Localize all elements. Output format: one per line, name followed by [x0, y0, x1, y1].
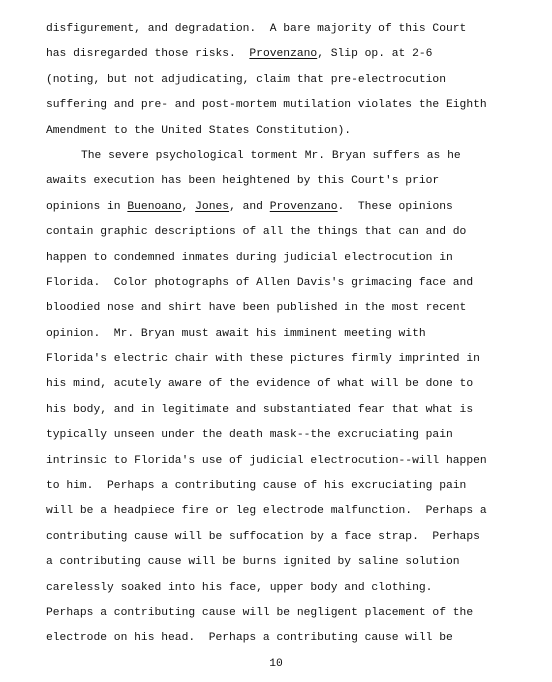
- text-segment: contributing cause will be suffocation b…: [46, 531, 480, 543]
- text-line: a contributing cause will be burns ignit…: [46, 555, 546, 580]
- text-line: The severe psychological torment Mr. Bry…: [46, 149, 546, 174]
- text-line: intrinsic to Florida's use of judicial e…: [46, 454, 546, 479]
- text-segment: bloodied nose and shirt have been publis…: [46, 302, 466, 314]
- text-segment: . These opinions: [338, 201, 453, 213]
- text-line: contributing cause will be suffocation b…: [46, 530, 546, 555]
- text-line: typically unseen under the death mask--t…: [46, 428, 546, 453]
- text-segment: typically unseen under the death mask--t…: [46, 429, 453, 441]
- text-line: Florida's electric chair with these pict…: [46, 352, 546, 377]
- document-body: disfigurement, and degradation. A bare m…: [46, 22, 546, 657]
- case-citation: Jones: [195, 201, 229, 213]
- text-segment: to him. Perhaps a contributing cause of …: [46, 480, 466, 492]
- text-segment: Florida's electric chair with these pict…: [46, 353, 480, 365]
- text-segment: electrode on his head. Perhaps a contrib…: [46, 632, 453, 644]
- text-segment: , Slip op. at 2-6: [317, 48, 432, 60]
- text-segment: , and: [229, 201, 270, 213]
- text-line: happen to condemned inmates during judic…: [46, 251, 546, 276]
- text-line: suffering and pre- and post-mortem mutil…: [46, 98, 546, 123]
- case-citation: Buenoano: [127, 201, 181, 213]
- text-line: has disregarded those risks. Provenzano,…: [46, 47, 546, 72]
- text-line: Amendment to the United States Constitut…: [46, 124, 546, 149]
- text-line: contain graphic descriptions of all the …: [46, 225, 546, 250]
- text-segment: The severe psychological torment Mr. Bry…: [81, 150, 461, 162]
- text-segment: ,: [182, 201, 196, 213]
- case-citation: Provenzano: [270, 201, 338, 213]
- text-segment: a contributing cause will be burns ignit…: [46, 556, 460, 568]
- text-segment: contain graphic descriptions of all the …: [46, 226, 466, 238]
- text-segment: disfigurement, and degradation. A bare m…: [46, 23, 466, 35]
- text-segment: opinion. Mr. Bryan must await his immine…: [46, 328, 426, 340]
- text-line: to him. Perhaps a contributing cause of …: [46, 479, 546, 504]
- text-line: opinions in Buenoano, Jones, and Provenz…: [46, 200, 546, 225]
- text-line: his mind, acutely aware of the evidence …: [46, 377, 546, 402]
- text-line: electrode on his head. Perhaps a contrib…: [46, 631, 546, 656]
- text-segment: has disregarded those risks.: [46, 48, 249, 60]
- text-segment: Florida. Color photographs of Allen Davi…: [46, 277, 473, 289]
- text-line: will be a headpiece fire or leg electrod…: [46, 504, 546, 529]
- text-line: opinion. Mr. Bryan must await his immine…: [46, 327, 546, 352]
- text-line: awaits execution has been heightened by …: [46, 174, 546, 199]
- text-line: Florida. Color photographs of Allen Davi…: [46, 276, 546, 301]
- text-line: his body, and in legitimate and substant…: [46, 403, 546, 428]
- page-number: 10: [0, 658, 552, 670]
- text-segment: his body, and in legitimate and substant…: [46, 404, 473, 416]
- text-segment: suffering and pre- and post-mortem mutil…: [46, 99, 487, 111]
- text-line: (noting, but not adjudicating, claim tha…: [46, 73, 546, 98]
- text-segment: Perhaps a contributing cause will be neg…: [46, 607, 473, 619]
- text-segment: intrinsic to Florida's use of judicial e…: [46, 455, 487, 467]
- text-segment: Amendment to the United States Constitut…: [46, 125, 351, 137]
- text-segment: his mind, acutely aware of the evidence …: [46, 378, 473, 390]
- text-segment: awaits execution has been heightened by …: [46, 175, 439, 187]
- text-segment: will be a headpiece fire or leg electrod…: [46, 505, 487, 517]
- case-citation: Provenzano: [249, 48, 317, 60]
- text-segment: opinions in: [46, 201, 127, 213]
- text-segment: carelessly soaked into his face, upper b…: [46, 582, 432, 594]
- text-line: carelessly soaked into his face, upper b…: [46, 581, 546, 606]
- text-segment: (noting, but not adjudicating, claim tha…: [46, 74, 446, 86]
- text-line: bloodied nose and shirt have been publis…: [46, 301, 546, 326]
- text-segment: happen to condemned inmates during judic…: [46, 252, 453, 264]
- text-line: Perhaps a contributing cause will be neg…: [46, 606, 546, 631]
- text-line: disfigurement, and degradation. A bare m…: [46, 22, 546, 47]
